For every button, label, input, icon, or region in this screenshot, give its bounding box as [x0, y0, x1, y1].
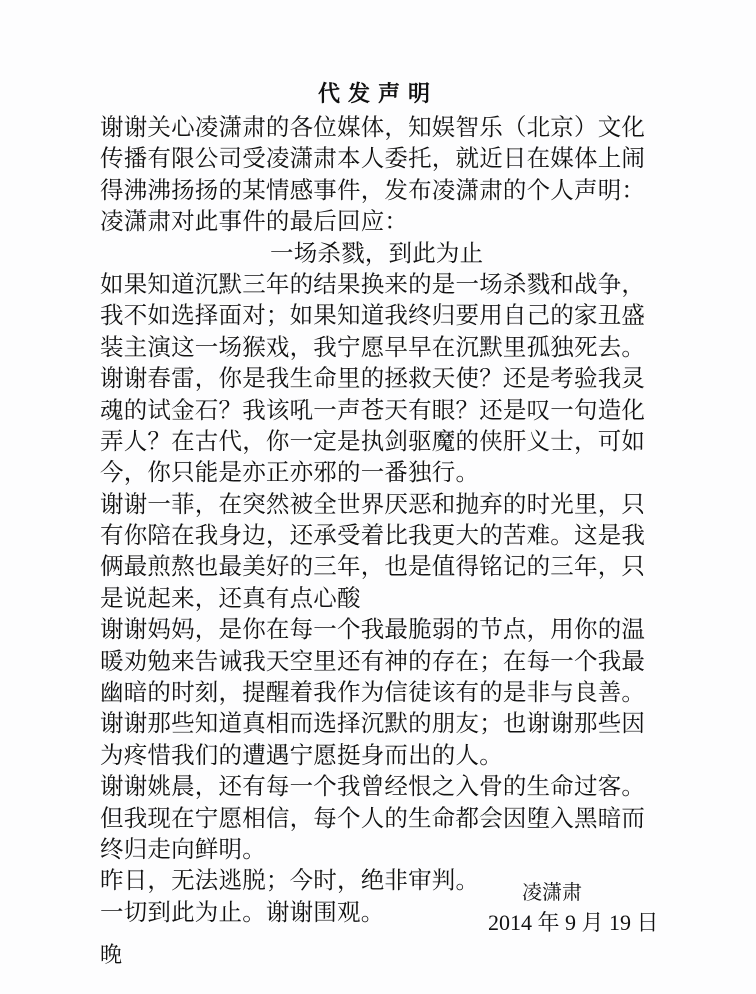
- body-line: 幽暗的时刻，提醒着我作为信徒该有的是非与良善。: [100, 677, 680, 708]
- body-line: 谢谢那些知道真相而选择沉默的朋友；也谢谢那些因: [100, 708, 680, 739]
- body-line: 终归走向鲜明。: [100, 834, 680, 865]
- document-title: 代发声明: [0, 80, 756, 110]
- intro-line: 得沸沸扬扬的某情感事件，发布凌潇肃的个人声明：: [100, 175, 680, 206]
- statement-body: 谢谢关心凌潇肃的各位媒体，知娱智乐（北京）文化 传播有限公司受凌潇肃本人委托，就…: [100, 112, 680, 928]
- body-line: 魂的试金石？我该吼一声苍天有眼？还是叹一句造化: [100, 395, 680, 426]
- statement-date: 2014 年 9 月 19 日: [488, 908, 659, 938]
- body-line: 俩最煎熬也最美好的三年，也是值得铭记的三年，只: [100, 551, 680, 582]
- body-line: 谢谢妈妈，是你在每一个我最脆弱的节点，用你的温: [100, 614, 680, 645]
- statement-page: 代发声明 谢谢关心凌潇肃的各位媒体，知娱智乐（北京）文化 传播有限公司受凌潇肃本…: [0, 0, 756, 994]
- body-line: 但我现在宁愿相信，每个人的生命都会因堕入黑暗而: [100, 803, 680, 834]
- body-line: 装主演这一场猴戏，我宁愿早早在沉默里孤独死去。: [100, 332, 680, 363]
- evening-note: 晚: [100, 941, 122, 971]
- body-line: 是说起来，还真有点心酸: [100, 583, 680, 614]
- body-line: 弄人？在古代，你一定是执剑驱魔的侠肝义士，可如: [100, 426, 680, 457]
- intro-line: 谢谢关心凌潇肃的各位媒体，知娱智乐（北京）文化: [100, 112, 680, 143]
- body-line: 昨日，无法逃脱；今时，绝非审判。: [100, 865, 680, 896]
- body-line: 谢谢一菲，在突然被全世界厌恶和抛弃的时光里，只: [100, 489, 680, 520]
- body-line: 有你陪在我身边，还承受着比我更大的苦难。这是我: [100, 520, 680, 551]
- body-line: 我不如选择面对；如果知道我终归要用自己的家丑盛: [100, 300, 680, 331]
- signature: 凌潇肃: [522, 878, 582, 906]
- body-line: 谢谢姚晨，还有每一个我曾经恨之入骨的生命过客。: [100, 771, 680, 802]
- body-line: 今，你只能是亦正亦邪的一番独行。: [100, 457, 680, 488]
- statement-subtitle: 一场杀戮，到此为止: [100, 238, 680, 269]
- intro-line: 传播有限公司受凌潇肃本人委托，就近日在媒体上闹: [100, 143, 680, 174]
- intro-line: 凌潇肃对此事件的最后回应：: [100, 206, 680, 237]
- body-line: 为疼惜我们的遭遇宁愿挺身而出的人。: [100, 740, 680, 771]
- body-line: 谢谢春雷，你是我生命里的拯救天使？还是考验我灵: [100, 363, 680, 394]
- body-line: 如果知道沉默三年的结果换来的是一场杀戮和战争，: [100, 269, 680, 300]
- body-line: 暖劝勉来告诫我天空里还有神的存在；在每一个我最: [100, 646, 680, 677]
